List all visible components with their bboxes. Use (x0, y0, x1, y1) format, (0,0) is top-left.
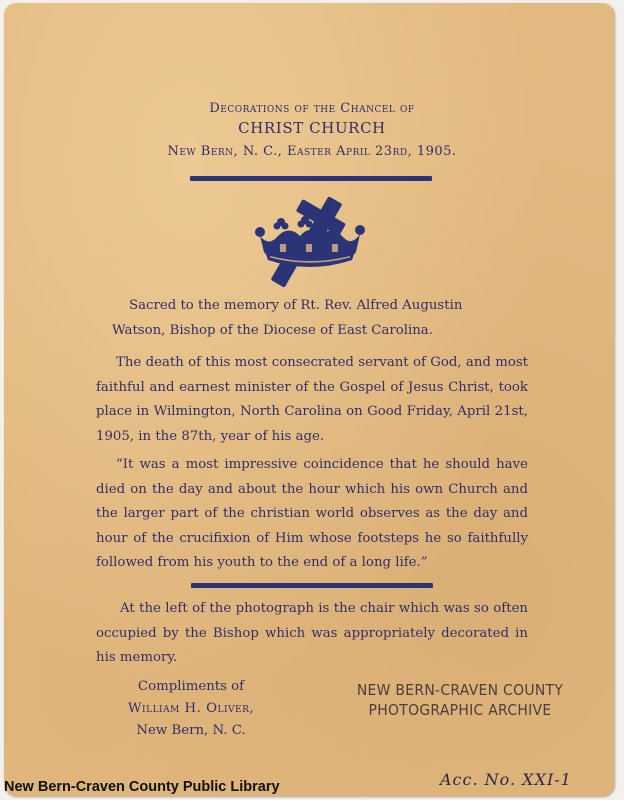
divider-top (190, 176, 432, 181)
archive-stamp: NEW BERN-CRAVEN COUNTY PHOTOGRAPHIC ARCH… (339, 680, 581, 720)
compliments-label: Compliments of (96, 676, 286, 698)
quote-paragraph: “It was a most impressive coincidence th… (96, 453, 528, 576)
chair-paragraph-text: At the left of the photograph is the cha… (96, 597, 528, 671)
dedication-line-1: Sacred to the memory of Rt. Rev. Alfred … (96, 294, 528, 319)
crown-and-cross-icon (248, 194, 372, 288)
divider-bottom (191, 583, 433, 588)
quote-paragraph-text: “It was a most impressive coincidence th… (96, 453, 528, 576)
death-paragraph: The death of this most consecrated serva… (96, 351, 528, 449)
library-credit: New Bern-Craven County Public Library (4, 779, 280, 795)
title-church-name: CHRIST CHURCH (0, 119, 624, 137)
compliments-name: William H. Oliver, (96, 698, 286, 720)
title-line-1: Decorations of the Chancel of (0, 101, 624, 116)
title-place-date: New Bern, N. C., Easter April 23rd, 1905… (0, 144, 624, 159)
accession-number: Acc. No. XXI-1 (440, 770, 572, 789)
death-paragraph-text: The death of this most consecrated serva… (96, 351, 528, 449)
archive-stamp-line-1: NEW BERN-CRAVEN COUNTY (339, 680, 581, 700)
archive-stamp-line-2: PHOTOGRAPHIC ARCHIVE (339, 700, 581, 720)
dedication-paragraph: Sacred to the memory of Rt. Rev. Alfred … (96, 294, 528, 343)
dedication-line-2: Watson, Bishop of the Diocese of East Ca… (96, 319, 528, 344)
compliments-block: Compliments of William H. Oliver, New Be… (96, 676, 286, 742)
compliments-location: New Bern, N. C. (96, 720, 286, 742)
chair-paragraph: At the left of the photograph is the cha… (96, 597, 528, 671)
